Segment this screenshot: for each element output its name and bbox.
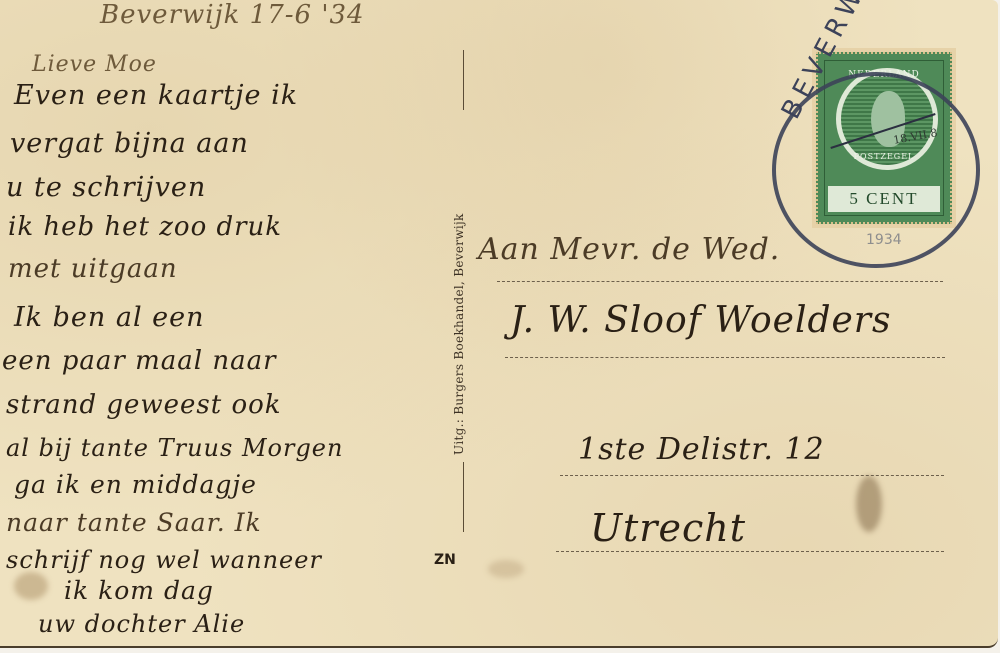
message-line: al bij tante Truus Morgen [6,434,343,462]
address-line: Utrecht [590,506,746,550]
address-dotted-line [560,475,944,476]
signature-line: uw dochter Alie [38,610,245,638]
address-dotted-line [497,281,943,282]
message-line: vergat bijna aan [10,128,249,159]
message-line: Ik ben al een [14,302,205,333]
message-line: ik heb het zoo druk [8,212,282,242]
ink-stain [856,476,882,532]
ink-stain [14,572,48,600]
address-line: 1ste Delistr. 12 [578,432,825,467]
message-line: met uitgaan [8,254,178,284]
postcard-back: Beverwijk 17-6 '34 Lieve Moe Even een ka… [0,0,998,648]
message-line: schrijf nog wel wanneer [6,546,322,574]
message-line: een paar maal naar [2,346,277,376]
divider-line-top [463,50,464,110]
message-line: ik kom dag [64,576,214,605]
divider-line-bottom [463,462,464,532]
place-date: Beverwijk 17-6 '34 [100,0,365,30]
ink-stain [488,560,524,578]
address-line: Aan Mevr. de Wed. [478,232,780,267]
greeting: Lieve Moe [32,52,157,77]
postmark-year: 1934 [866,232,902,248]
message-line: strand geweest ook [6,390,282,420]
message-line: ga ik en middagje [14,470,257,499]
message-line: naar tante Saar. Ik [6,508,262,537]
address-dotted-line [505,357,945,358]
publisher-logo: ZN [434,552,456,568]
message-line: Even een kaartje ik [14,80,298,111]
address-dotted-line [556,551,944,552]
message-line: u te schrijven [6,172,206,203]
publisher-imprint: Uitg.: Burgers Boekhandel, Beverwijk [452,213,466,455]
address-line: J. W. Sloof Woelders [510,300,892,341]
